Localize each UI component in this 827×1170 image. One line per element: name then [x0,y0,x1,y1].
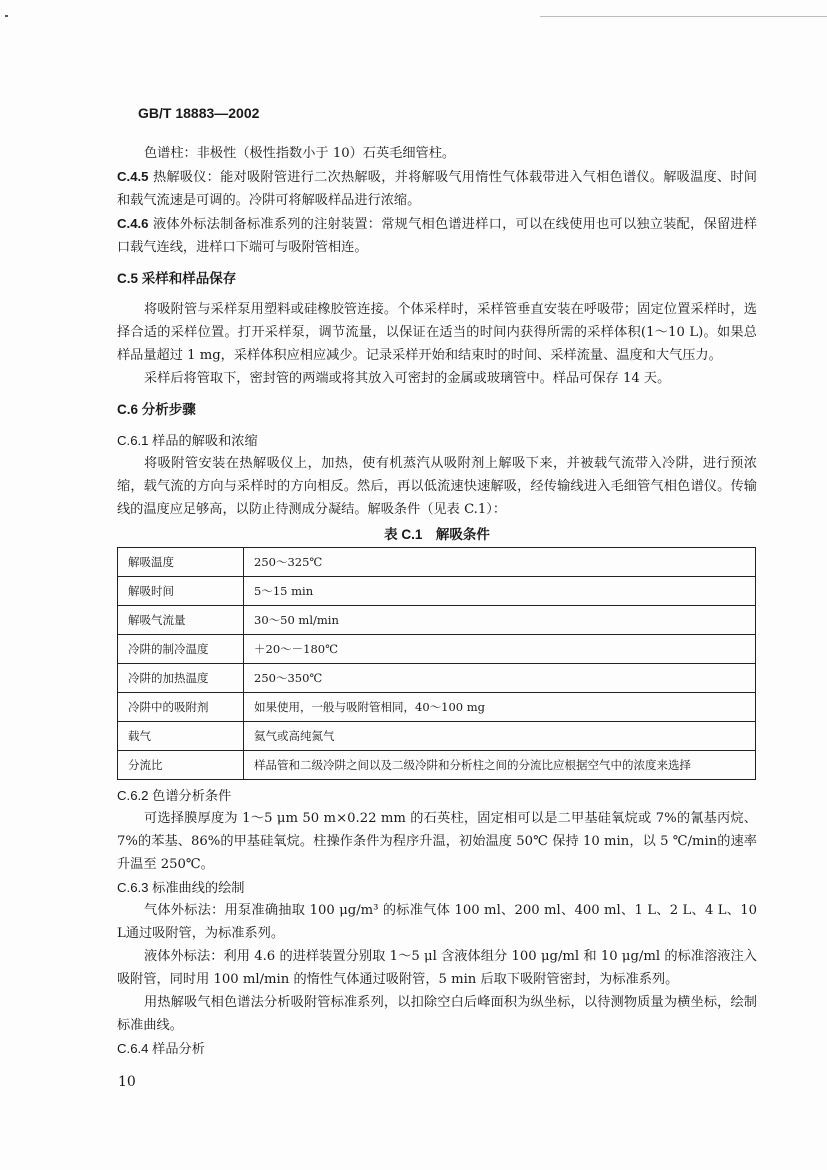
subsection-c64-heading: C.6.4 样品分析 [117,1037,757,1060]
header-rule [540,16,827,17]
table-row: 冷阱中的吸附剂如果使用，一般与吸附管相同，40～100 mg [118,693,756,722]
subsection-c61-heading: C.6.1 样品的解吸和浓缩 [117,429,757,452]
desorption-conditions-table: 解吸温度250～325℃ 解吸时间5～15 min 解吸气流量30～50 ml/… [117,547,756,780]
table-row: 载气氦气或高纯氮气 [118,722,756,751]
section-c5-heading: C.5 采样和样品保存 [117,267,757,290]
subsection-c62-heading: C.6.2 色谱分析条件 [117,784,757,807]
table-row: 冷阱的加热温度250～350℃ [118,664,756,693]
table-row: 分流比样品管和二级冷阱之间以及二级冷阱和分析柱之间的分流比应根据空气中的浓度来选… [118,751,756,780]
paragraph-c63-3: 用热解吸气相色谱法分析吸附管标准系列，以扣除空白后峰面积为纵坐标，以待测物质量为… [117,991,757,1037]
table-row: 冷阱的制冷温度＋20～－180℃ [118,635,756,664]
section-c6-heading: C.6 分析步骤 [117,398,757,421]
table-caption: 表 C.1 解吸条件 [117,524,757,546]
table-row: 解吸温度250～325℃ [118,548,756,577]
table-row: 解吸气流量30～50 ml/min [118,606,756,635]
standard-code: GB/T 18883—2002 [138,105,259,121]
paragraph-c5-1: 将吸附管与采样泵用塑料或硅橡胶管连接。个体采样时，采样管垂直安装在呼吸带；固定位… [117,298,757,367]
page-body: 色谱柱：非极性（极性指数小于 10）石英毛细管柱。 C.4.5 热解吸仪：能对吸… [117,142,757,1060]
paragraph-c63-2: 液体外标法：利用 4.6 的进样装置分别取 1～5 μl 含液体组分 100 μ… [117,945,757,991]
clause-c46: C.4.6 液体外标法制备标准系列的注射装置：常规气相色谱进样口，可以在线使用也… [117,212,757,259]
paragraph-c61-1: 将吸附管安装在热解吸仪上，加热，使有机蒸汽从吸附剂上解吸下来，并被载气流带入冷阱… [117,452,757,521]
table-row: 解吸时间5～15 min [118,577,756,606]
clause-c45: C.4.5 热解吸仪：能对吸附管进行二次热解吸，并将解吸气用惰性气体载带进入气相… [117,165,757,212]
paragraph-c63-1: 气体外标法：用泵准确抽取 100 μg/m³ 的标准气体 100 ml、200 … [117,899,757,945]
paragraph-column: 色谱柱：非极性（极性指数小于 10）石英毛细管柱。 [117,142,757,165]
scan-mark [5,15,8,17]
subsection-c63-heading: C.6.3 标准曲线的绘制 [117,876,757,899]
paragraph-c62-1: 可选择膜厚度为 1～5 μm 50 m×0.22 mm 的石英柱，固定相可以是二… [117,807,757,876]
paragraph-c5-2: 采样后将管取下，密封管的两端或将其放入可密封的金属或玻璃管中。样品可保存 14 … [117,367,757,390]
page-number: 10 [118,1074,136,1090]
